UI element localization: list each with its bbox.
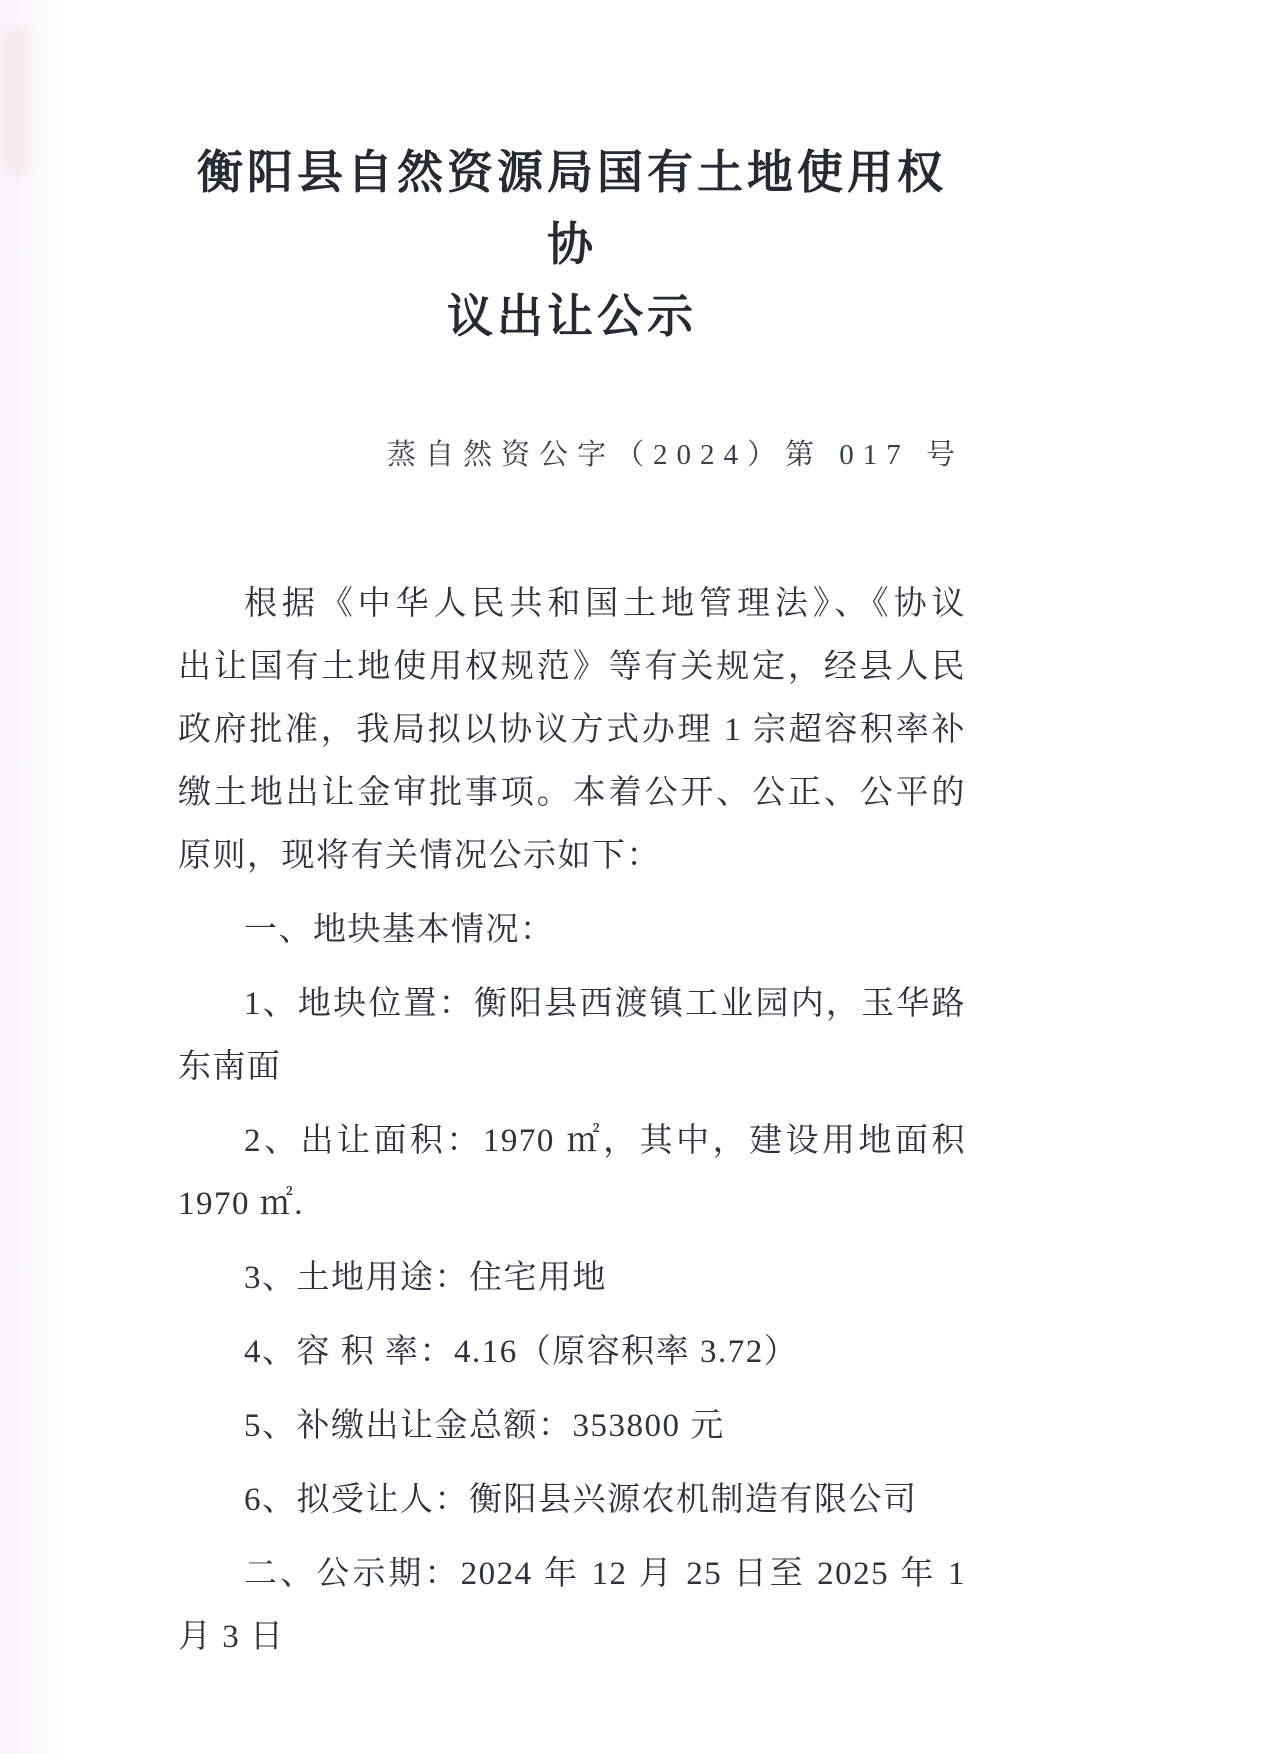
document-title-line1: 衡阳县自然资源局国有土地使用权协: [178, 136, 966, 280]
paragraph-intro: 根据《中华人民共和国土地管理法》、《协议 出让国有土地使用权规范》等有关规定，经…: [178, 573, 966, 888]
body-line: 东南面: [178, 1036, 966, 1099]
body-line: 6、拟受让人：衡阳县兴源农机制造有限公司: [178, 1469, 966, 1532]
paragraph-section-heading: 一、地块基本情况：: [178, 899, 966, 962]
body-line: 1970 ㎡.: [178, 1173, 966, 1236]
paragraph-publicity-period: 二、公示期：2024 年 12 月 25 日至 2025 年 1 月 3 日: [178, 1543, 966, 1669]
body-line: 缴土地出让金审批事项。本着公开、公正、公平的: [178, 762, 966, 825]
paragraph-item-5-payment: 5、补缴出让金总额：353800 元: [178, 1395, 966, 1458]
body-line: 根据《中华人民共和国土地管理法》、《协议: [178, 573, 966, 636]
body-line: 政府批准，我局拟以协议方式办理 1 宗超容积率补: [178, 699, 966, 762]
document-body: 根据《中华人民共和国土地管理法》、《协议 出让国有土地使用权规范》等有关规定，经…: [178, 573, 966, 1669]
scan-artifact-smudge: [4, 26, 30, 176]
document-page: 衡阳县自然资源局国有土地使用权协 议出让公示 蒸自然资公字（2024）第 017…: [0, 0, 1276, 1754]
body-line: 3、土地用途：住宅用地: [178, 1247, 966, 1310]
body-line: 月 3 日: [178, 1606, 966, 1669]
document-title: 衡阳县自然资源局国有土地使用权协 议出让公示: [178, 136, 966, 352]
paragraph-item-1-location: 1、地块位置：衡阳县西渡镇工业园内，玉华路 东南面: [178, 973, 966, 1099]
section-heading: 一、地块基本情况：: [178, 899, 966, 962]
paragraph-item-4-plot-ratio: 4、容 积 率：4.16（原容积率 3.72）: [178, 1321, 966, 1384]
paragraph-item-2-area: 2、出让面积：1970 ㎡，其中，建设用地面积 1970 ㎡.: [178, 1110, 966, 1236]
document-title-line2: 议出让公示: [178, 280, 966, 352]
body-line: 原则，现将有关情况公示如下：: [178, 825, 966, 888]
scan-artifact-left: [0, 0, 70, 1754]
body-line: 4、容 积 率：4.16（原容积率 3.72）: [178, 1321, 966, 1384]
paragraph-item-6-transferee: 6、拟受让人：衡阳县兴源农机制造有限公司: [178, 1469, 966, 1532]
body-line: 二、公示期：2024 年 12 月 25 日至 2025 年 1: [178, 1543, 966, 1606]
body-line: 2、出让面积：1970 ㎡，其中，建设用地面积: [178, 1110, 966, 1173]
body-line: 出让国有土地使用权规范》等有关规定，经县人民: [178, 636, 966, 699]
body-line: 1、地块位置：衡阳县西渡镇工业园内，玉华路: [178, 973, 966, 1036]
body-line: 5、补缴出让金总额：353800 元: [178, 1395, 966, 1458]
document-number: 蒸自然资公字（2024）第 017 号: [178, 432, 966, 473]
document-content: 衡阳县自然资源局国有土地使用权协 议出让公示 蒸自然资公字（2024）第 017…: [178, 0, 966, 1680]
paragraph-item-3-land-use: 3、土地用途：住宅用地: [178, 1247, 966, 1310]
